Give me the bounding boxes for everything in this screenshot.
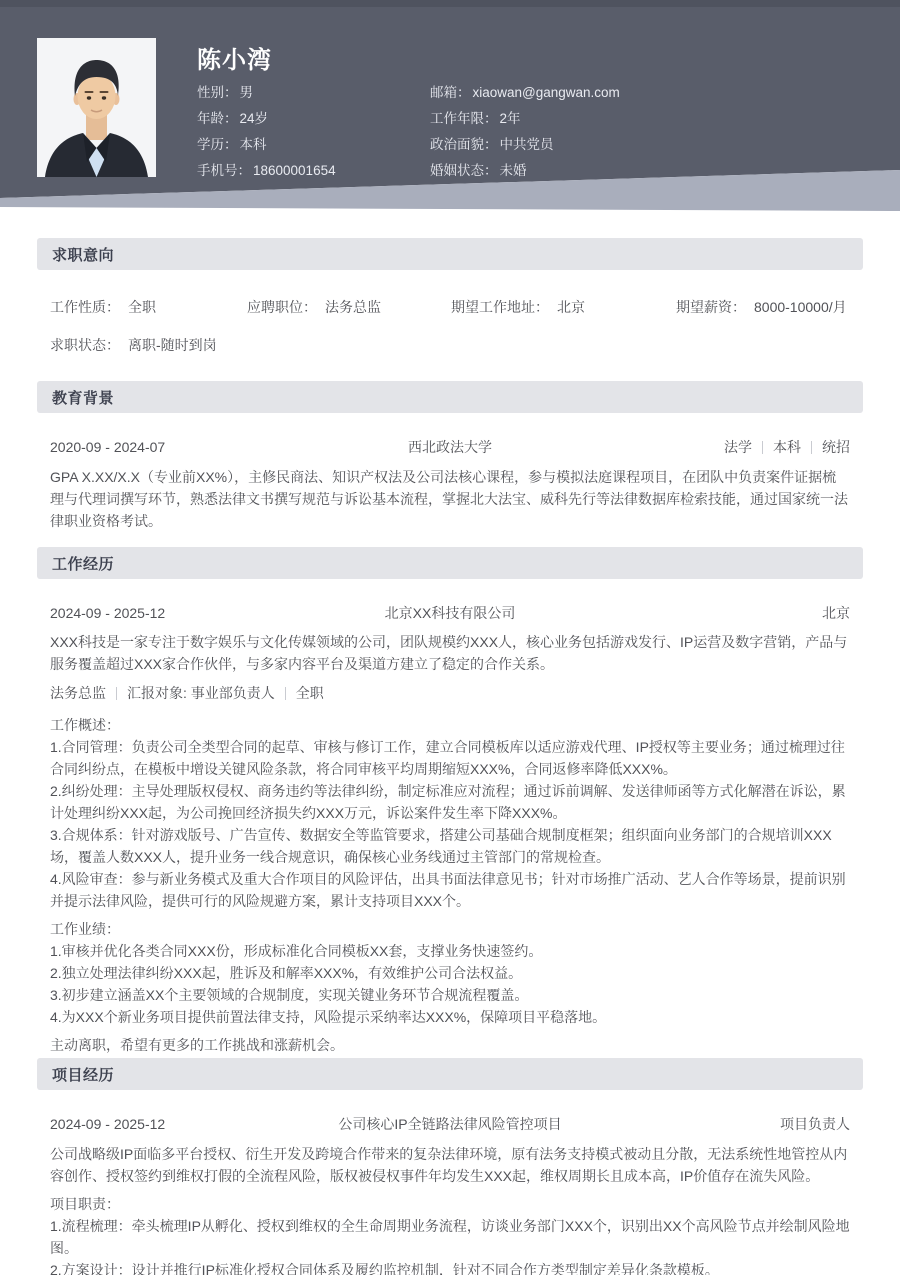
section-header-project: 项目经历 <box>37 1058 863 1090</box>
work-company: 北京XX科技有限公司 <box>385 602 516 624</box>
section-job-intent: 求职意向 工作性质：全职 应聘职位：法务总监 期望工作地址：北京 期望薪资：80… <box>37 238 863 356</box>
work-leave-reason: 主动离职，希望有更多的工作挑战和涨薪机会。 <box>50 1034 850 1056</box>
info-years-value: 2年 <box>500 111 521 126</box>
info-marital-value: 未婚 <box>500 163 527 178</box>
info-gender: 性别：男 <box>197 80 336 106</box>
work-meta-row: 法务总监 汇报对象: 事业部负责人 全职 <box>50 682 850 704</box>
education-description: GPA X.XX/X.X（专业前XX%），主修民商法、知识产权法及公司法核心课程… <box>50 466 850 532</box>
info-gender-value: 男 <box>240 85 254 100</box>
project-background: 公司战略级IP面临多平台授权、衍生开发及跨境合作带来的复杂法律环境，原有法务支持… <box>50 1143 850 1187</box>
education-tag-degree: 本科 <box>773 436 801 458</box>
education-tag-group: 法学 本科 统招 <box>724 436 850 458</box>
intent-salary-value: 8000-10000/月 <box>754 299 847 315</box>
work-period: 2024-09 - 2025-12 <box>50 602 385 624</box>
intent-work-type-value: 全职 <box>128 299 156 315</box>
info-age-label: 年龄： <box>197 111 238 126</box>
info-degree: 学历：本科 <box>197 132 336 158</box>
tag-separator <box>762 441 763 454</box>
info-years-label: 工作年限： <box>430 111 498 126</box>
resume-header: 陈小湾 性别：男 年龄：24岁 学历：本科 手机号：18600001654 邮箱… <box>0 0 900 211</box>
project-role: 项目负责人 <box>562 1113 850 1135</box>
education-date-row: 2020-09 - 2024-07 西北政法大学 法学 本科 统招 <box>50 436 850 458</box>
job-intent-row-2: 求职状态：离职-随时到岗 <box>50 334 850 356</box>
info-degree-label: 学历： <box>197 137 238 152</box>
tag-separator <box>811 441 812 454</box>
intent-location-label: 期望工作地址： <box>451 299 549 315</box>
intent-field-position: 应聘职位：法务总监 <box>247 296 451 318</box>
section-header-education: 教育背景 <box>37 381 863 413</box>
avatar-illustration <box>37 38 156 177</box>
info-phone-label: 手机号： <box>197 163 251 178</box>
section-title-work: 工作经历 <box>52 553 114 574</box>
section-header-work: 工作经历 <box>37 547 863 579</box>
info-marital-label: 婚姻状态： <box>430 163 498 178</box>
work-meta-report-to: 汇报对象: 事业部负责人 <box>127 682 275 704</box>
intent-location-value: 北京 <box>557 299 585 315</box>
personal-info-left-column: 性别：男 年龄：24岁 学历：本科 手机号：18600001654 <box>197 80 336 184</box>
project-name: 公司核心IP全链路法律风险管控项目 <box>338 1113 561 1135</box>
intent-field-salary: 期望薪资：8000-10000/月 <box>676 296 847 318</box>
education-tags: 法学 本科 统招 <box>492 436 850 458</box>
resume-body: 求职意向 工作性质：全职 应聘职位：法务总监 期望工作地址：北京 期望薪资：80… <box>0 238 900 1275</box>
info-political-value: 中共党员 <box>500 137 554 152</box>
intent-field-location: 期望工作地址：北京 <box>451 296 676 318</box>
work-company-intro: XXX科技是一家专注于数字娱乐与文化传媒领域的公司，团队规模约XXX人，核心业务… <box>50 631 850 675</box>
info-political-label: 政治面貌： <box>430 137 498 152</box>
info-email-label: 邮箱： <box>430 85 471 100</box>
education-content: 2020-09 - 2024-07 西北政法大学 法学 本科 统招 GPA X.… <box>50 436 850 532</box>
work-meta-position: 法务总监 <box>50 682 106 704</box>
meta-separator <box>116 687 117 700</box>
info-email-value: xiaowan@gangwan.com <box>473 85 620 100</box>
work-achievements: 工作业绩： 1.审核并优化各类合同XXX份，形成标准化合同模板XX套，支撑业务快… <box>50 918 850 1028</box>
education-tag-major: 法学 <box>724 436 752 458</box>
job-intent-row-1: 工作性质：全职 应聘职位：法务总监 期望工作地址：北京 期望薪资：8000-10… <box>50 296 850 318</box>
section-project: 项目经历 2024-09 - 2025-12 公司核心IP全链路法律风险管控项目… <box>37 1058 863 1275</box>
section-title-education: 教育背景 <box>52 387 114 408</box>
project-date-row: 2024-09 - 2025-12 公司核心IP全链路法律风险管控项目 项目负责… <box>50 1113 850 1135</box>
work-overview: 工作概述： 1.合同管理：负责公司全类型合同的起草、审核与修订工作，建立合同模板… <box>50 714 850 912</box>
section-title-project: 项目经历 <box>52 1064 114 1085</box>
work-meta-type: 全职 <box>296 682 324 704</box>
intent-work-type-label: 工作性质： <box>50 299 120 315</box>
job-intent-content: 工作性质：全职 应聘职位：法务总监 期望工作地址：北京 期望薪资：8000-10… <box>50 270 850 356</box>
info-phone: 手机号：18600001654 <box>197 158 336 184</box>
info-gender-label: 性别： <box>197 85 238 100</box>
info-years: 工作年限：2年 <box>430 106 620 132</box>
project-content: 2024-09 - 2025-12 公司核心IP全链路法律风险管控项目 项目负责… <box>50 1113 850 1275</box>
section-work: 工作经历 2024-09 - 2025-12 北京XX科技有限公司 北京 XXX… <box>37 547 863 1056</box>
meta-separator <box>285 687 286 700</box>
section-header-job-intent: 求职意向 <box>37 238 863 270</box>
info-email: 邮箱：xiaowan@gangwan.com <box>430 80 620 106</box>
section-education: 教育背景 2020-09 - 2024-07 西北政法大学 法学 本科 统招 <box>37 381 863 532</box>
project-duties: 项目职责： 1.流程梳理：牵头梳理IP从孵化、授权到维权的全生命周期业务流程，访… <box>50 1193 850 1275</box>
header-top-strip <box>0 0 900 7</box>
intent-salary-label: 期望薪资： <box>676 299 746 315</box>
info-political: 政治面貌：中共党员 <box>430 132 620 158</box>
info-age: 年龄：24岁 <box>197 106 336 132</box>
info-marital: 婚姻状态：未婚 <box>430 158 620 184</box>
info-age-value: 24岁 <box>240 111 269 126</box>
resume-page: 陈小湾 性别：男 年龄：24岁 学历：本科 手机号：18600001654 邮箱… <box>0 0 900 1275</box>
work-content: 2024-09 - 2025-12 北京XX科技有限公司 北京 XXX科技是一家… <box>50 602 850 1056</box>
section-title-job-intent: 求职意向 <box>52 244 114 265</box>
personal-info-right-column: 邮箱：xiaowan@gangwan.com 工作年限：2年 政治面貌：中共党员… <box>430 80 620 184</box>
education-tag-enrollment: 统招 <box>822 436 850 458</box>
candidate-name: 陈小湾 <box>197 40 272 75</box>
intent-status-value: 离职-随时到岗 <box>128 337 217 353</box>
intent-field-status: 求职状态：离职-随时到岗 <box>50 334 247 356</box>
education-period: 2020-09 - 2024-07 <box>50 436 408 458</box>
intent-position-label: 应聘职位： <box>247 299 317 315</box>
work-date-row: 2024-09 - 2025-12 北京XX科技有限公司 北京 <box>50 602 850 624</box>
intent-position-value: 法务总监 <box>325 299 381 315</box>
info-degree-value: 本科 <box>240 137 267 152</box>
profile-photo <box>37 38 156 177</box>
education-school: 西北政法大学 <box>408 436 492 458</box>
work-location: 北京 <box>515 602 850 624</box>
project-period: 2024-09 - 2025-12 <box>50 1113 338 1135</box>
info-phone-value: 18600001654 <box>253 163 336 178</box>
intent-status-label: 求职状态： <box>50 337 120 353</box>
intent-field-work-type: 工作性质：全职 <box>50 296 247 318</box>
